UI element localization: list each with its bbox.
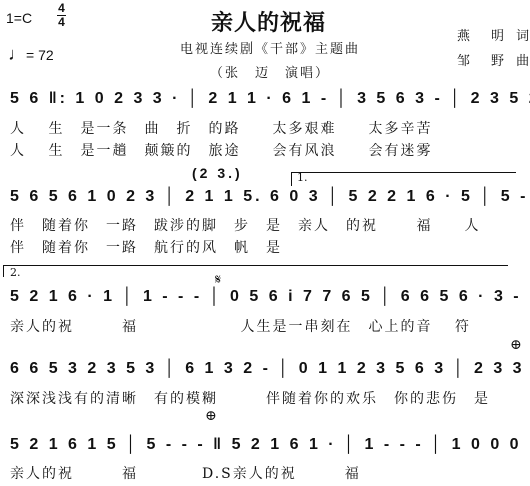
lyrics-row-3: 亲人的祝 福 人生是一串刻在 心上的音 符 bbox=[10, 316, 471, 336]
notation-row-5: 5 2 1 6 1 5 │ 5 - - - ‖ 5 2 1 6 1 · │ 1 … bbox=[10, 436, 530, 454]
lyrics-row-5: 亲人的祝 福 D.S亲人的祝 福 bbox=[10, 463, 361, 483]
volta-1-bracket-left bbox=[291, 172, 292, 186]
notation-row-1: 5 6 ‖: 1 0 2 3 3 · │ 2 1 1 · 6 1 - │ 3 5… bbox=[10, 90, 530, 108]
lyricist-credit: 燕 明 词 bbox=[457, 25, 530, 44]
tempo-value: = 72 bbox=[26, 47, 54, 63]
alternate-notes: (2 3.) bbox=[192, 165, 243, 181]
song-title: 亲人的祝福 bbox=[211, 6, 326, 37]
coda-icon: ⊕ bbox=[510, 337, 522, 353]
notation-row-4: 6 6 5 3 2 3 5 3 │ 6 1 3 2 - │ 0 1 1 2 3 … bbox=[10, 360, 530, 378]
lyrics-row-4: 深深浅浅有的清晰 有的模糊 伴随着你的欢乐 你的悲伤 是 bbox=[10, 388, 490, 408]
volta-1-label: 1. bbox=[297, 171, 308, 184]
lyrics-row-1-verse-2: 人 生 是一趟 颠簸的 旅途 会有风浪 会有迷雾 bbox=[10, 140, 432, 160]
volta-2-bracket bbox=[3, 265, 508, 266]
lyrics-row-1-verse-1: 人 生 是一条 曲 折 的路 太多艰难 太多辛苦 bbox=[10, 118, 432, 138]
notation-row-3: 5 2 1 6 · 1 │ 1 - - - │ 0 5 6 i 7 7 6 5 … bbox=[10, 288, 530, 306]
lyrics-row-2-verse-1: 伴 随着你 一路 跋涉的脚 步 是 亲人 的祝 福 人 bbox=[10, 215, 480, 235]
lyrics-row-2-verse-2: 伴 随着你 一路 航行的风 帆 是 bbox=[10, 237, 282, 257]
volta-2-label: 2. bbox=[10, 266, 21, 279]
time-signature: 4 4 bbox=[57, 2, 66, 28]
quarter-note-icon: ♩ bbox=[8, 44, 26, 65]
performer: （张 迈 演唱） bbox=[210, 62, 330, 81]
song-subtitle: 电视连续剧《干部》主题曲 bbox=[180, 38, 360, 57]
notation-row-2: 5 6 5 6 1 0 2 3 │ 2 1 1 5. 6 0 3 │ 5 2 2… bbox=[10, 188, 530, 206]
composer-credit: 邹 野 曲 bbox=[457, 50, 530, 69]
coda-icon-2: ⊕ bbox=[205, 408, 217, 424]
time-sig-bottom: 4 bbox=[57, 16, 66, 28]
key-signature: 1=C bbox=[6, 10, 32, 26]
volta-1-bracket bbox=[291, 172, 516, 173]
time-sig-top: 4 bbox=[57, 2, 66, 14]
segno-icon: 𝄋 bbox=[215, 272, 221, 288]
volta-2-bracket-left bbox=[3, 265, 4, 277]
